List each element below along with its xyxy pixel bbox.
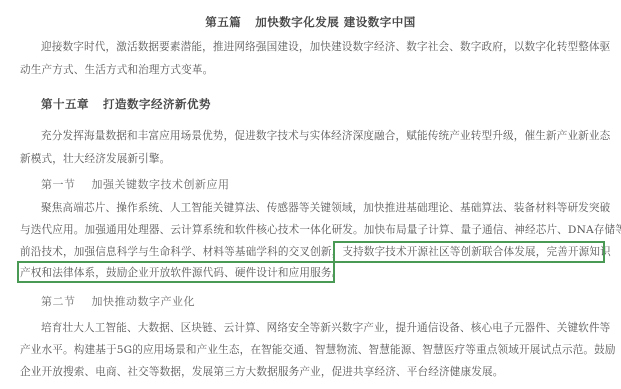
chapter-heading: 第十五章打造数字经济新优势 — [41, 96, 211, 112]
section-1-line-2: 与迭代应用。加强通用处理器、云计算系统和软件核心技术一体化研发。加快布局量子计算… — [20, 223, 605, 237]
document-page: 第五篇加快数字化发展 建设数字中国 迎接数字时代，激活数据要素潜能，推进网络强国… — [0, 0, 621, 389]
chapter-paragraph-line-1: 充分发挥海量数据和丰富应用场景优势，促进数字技术与实体经济深度融合，赋能传统产业… — [41, 129, 605, 143]
section-2-line-1: 培育壮大人工智能、大数据、区块链、云计算、网络安全等新兴数字产业，提升通信设备、… — [41, 321, 605, 335]
intro-paragraph-line-1: 迎接数字时代，激活数据要素潜能，推进网络强国建设，加快建设数字经济、数字社会、数… — [41, 40, 605, 54]
chapter-number: 第十五章 — [41, 97, 89, 111]
chapter-title: 打造数字经济新优势 — [103, 97, 211, 111]
section-1-line-4: 产权和法律体系，鼓励企业开放软件源代码、硬件设计和应用服务。 — [20, 266, 605, 280]
highlighted-text-part-2: 产权和法律体系，鼓励企业开放软件源代码、硬件设计和应用服务。 — [20, 267, 342, 279]
section-2-title: 加快推动数字产业化 — [92, 295, 196, 308]
section-1-line-1: 聚焦高端芯片、操作系统、人工智能关键算法、传感器等关键领域，加快推进基础理论、基… — [41, 201, 605, 215]
section-1-number: 第一节 — [41, 178, 76, 191]
section-2-line-2: 产业水平。构建基于5G的应用场景和产业生态，在智能交通、智慧物流、智慧能源、智慧… — [20, 343, 605, 357]
section-2-heading: 第二节加快推动数字产业化 — [41, 293, 195, 309]
section-2-number: 第二节 — [41, 295, 76, 308]
section-1-line-3-plain: 前沿技术，加强信息科学与生命科学、材料等基础学科的交叉创新， — [20, 246, 342, 258]
part-title: 第五篇加快数字化发展 建设数字中国 — [0, 14, 621, 30]
section-2-line-3: 企业开放搜索、电商、社交等数据，发展第三方大数据服务产业，促进共享经济、平台经济… — [20, 365, 605, 379]
section-1-line-3: 前沿技术，加强信息科学与生命科学、材料等基础学科的交叉创新，支持数字技术开源社区… — [20, 245, 605, 259]
section-1-title: 加强关键数字技术创新应用 — [92, 178, 230, 191]
section-1-heading: 第一节加强关键数字技术创新应用 — [41, 176, 230, 192]
highlighted-text-part-1: 支持数字技术开源社区等创新联合体发展，完善开源知识 — [342, 246, 611, 258]
intro-paragraph-line-2: 动生产方式、生活方式和治理方式变革。 — [20, 63, 605, 77]
part-title-text: 加快数字化发展 建设数字中国 — [255, 15, 416, 29]
chapter-paragraph-line-2: 新模式，壮大经济发展新引擎。 — [20, 152, 605, 166]
part-number: 第五篇 — [205, 15, 241, 29]
